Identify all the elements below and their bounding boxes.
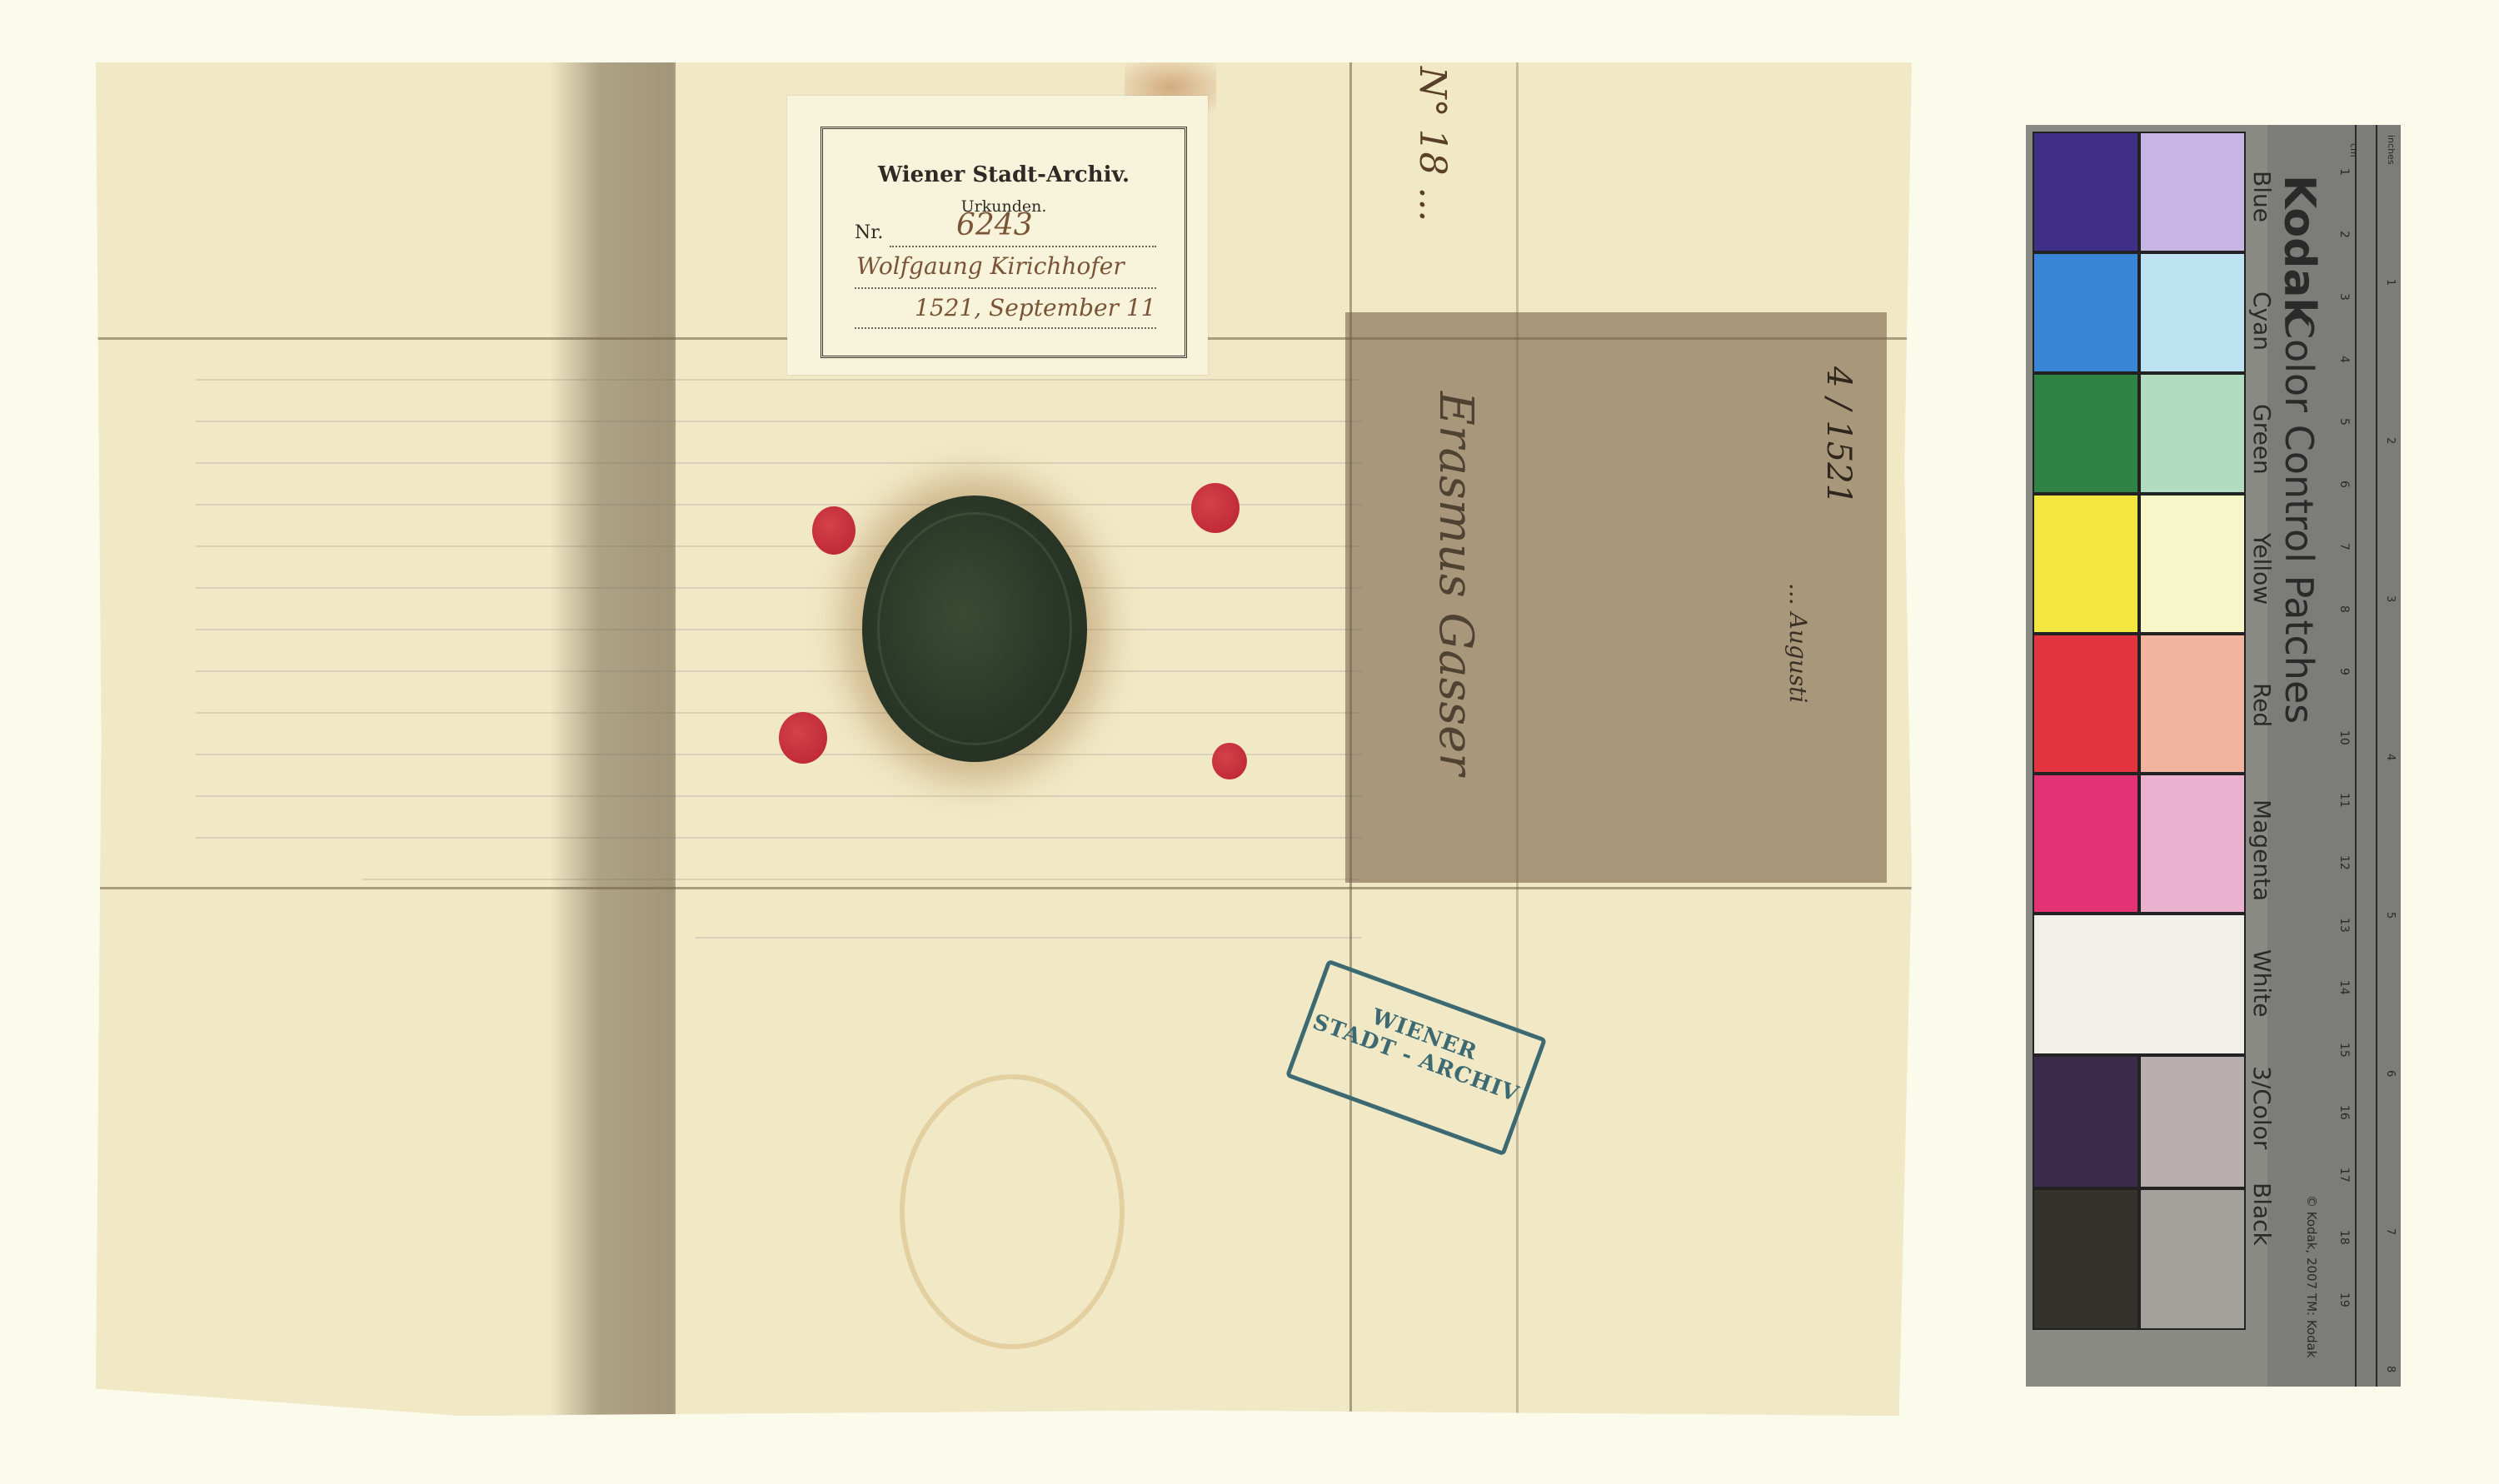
label-number-prefix: Nr.: [855, 222, 883, 243]
red-wax-dot: [779, 712, 827, 764]
patch-blue-light: [2139, 132, 2246, 252]
patch-red-light: [2139, 634, 2246, 774]
patch-black-dark: [2033, 1188, 2139, 1330]
inch-scale: 1 2 3 4 5 6 7 8: [2380, 125, 2401, 1387]
cm-tick: 16: [2337, 1105, 2351, 1120]
cm-tick: 4: [2337, 356, 2351, 363]
cm-tick: 13: [2337, 918, 2351, 933]
patch-magenta-dark: [2033, 774, 2139, 914]
inch-tick: 7: [2384, 1228, 2397, 1235]
patch-yellow-dark: [2033, 494, 2139, 634]
patch-label-white: White: [2248, 949, 2276, 1017]
cm-tick: 7: [2337, 543, 2351, 550]
cm-tick: 9: [2337, 668, 2351, 675]
kodak-copyright: © Kodak, 2007 TM: Kodak: [2304, 1195, 2319, 1358]
ring-stain: [900, 1074, 1125, 1349]
panel-date-note: ... Augusti: [1784, 583, 1812, 703]
red-wax-dot: [1191, 483, 1240, 533]
cm-tick: 10: [2337, 730, 2351, 745]
cm-tick: 18: [2337, 1230, 2351, 1245]
cm-tick: 19: [2337, 1292, 2351, 1307]
patch-yellow-light: [2139, 494, 2246, 634]
label-title: Wiener Stadt-Archiv.: [823, 162, 1185, 187]
patch-label-red: Red: [2248, 683, 2276, 727]
patch-green-dark: [2033, 373, 2139, 494]
cm-tick: 6: [2337, 481, 2351, 488]
cm-tick: 14: [2337, 980, 2351, 995]
label-frame: Wiener Stadt-Archiv. Urkunden. Nr. 6243 …: [821, 127, 1187, 358]
kodak-color-control-strip: Blue Cyan Green Yellow Red Magenta White…: [2026, 125, 2401, 1387]
dotted-line: [855, 327, 1156, 329]
dotted-line: [890, 246, 1156, 247]
cm-scale: 1 2 3 4 5 6 7 8 9 10 11 12 13 14 15 16 1…: [2336, 125, 2369, 1387]
cm-tick: 17: [2337, 1168, 2351, 1183]
panel-date: 4 / 1521: [1819, 366, 1858, 505]
cm-tick: 2: [2337, 231, 2351, 238]
inch-tick: 5: [2384, 912, 2397, 919]
patch-label-green: Green: [2248, 404, 2276, 475]
inch-tick: 2: [2384, 437, 2397, 444]
archive-label: Wiener Stadt-Archiv. Urkunden. Nr. 6243 …: [787, 96, 1208, 375]
red-wax-dot: [1212, 743, 1247, 779]
fold-line: [96, 887, 1912, 889]
inch-tick: 8: [2384, 1366, 2397, 1372]
patch-label-yellow: Yellow: [2248, 533, 2276, 605]
label-date: 1521, September 11: [915, 294, 1156, 321]
cm-tick: 1: [2337, 168, 2351, 176]
wax-seal: [862, 495, 1087, 762]
inch-tick: 4: [2384, 754, 2397, 760]
cm-tick: 12: [2337, 855, 2351, 870]
cm-tick: 3: [2337, 293, 2351, 301]
cm-tick: 8: [2337, 605, 2351, 613]
cm-tick: 15: [2337, 1043, 2351, 1058]
patch-label-cyan: Cyan: [2248, 291, 2276, 351]
cm-tick: 5: [2337, 418, 2351, 426]
inch-tick: 1: [2384, 279, 2397, 286]
patch-label-magenta: Magenta: [2248, 799, 2276, 901]
patch-magenta-light: [2139, 774, 2246, 914]
show-through-text: [196, 362, 1362, 879]
patch-label-3color: 3/Color: [2248, 1066, 2276, 1149]
label-number: 6243: [956, 208, 1033, 242]
dotted-line: [855, 287, 1156, 289]
patch-blue-dark: [2033, 132, 2139, 252]
patch-label-blue: Blue: [2248, 171, 2276, 222]
seal-rim: [877, 512, 1072, 745]
patch-red-dark: [2033, 634, 2139, 774]
inch-tick: 6: [2384, 1070, 2397, 1077]
patch-green-light: [2139, 373, 2246, 494]
inch-tick: 3: [2384, 595, 2397, 602]
ruler-edge-in: [2376, 125, 2377, 1387]
label-name: Wolfgaung Kirichhofer: [856, 252, 1125, 280]
red-wax-dot: [812, 506, 855, 555]
patch-cyan-dark: [2033, 252, 2139, 373]
kodak-brand: Kodak: [2274, 175, 2324, 326]
patch-cyan-light: [2139, 252, 2246, 373]
patch-label-black: Black: [2248, 1183, 2276, 1246]
fold-line: [1516, 62, 1519, 1416]
patch-white: [2033, 914, 2246, 1055]
patch-3color-light: [2139, 1055, 2246, 1188]
cm-tick: 11: [2337, 793, 2351, 808]
patch-black-light: [2139, 1188, 2246, 1330]
address-heading: Erasmus Gasser: [1429, 391, 1483, 775]
shelfmark-annotation: N° 18 ...: [1411, 67, 1454, 222]
patch-3color-dark: [2033, 1055, 2139, 1188]
kodak-title: Color Control Patches: [2277, 312, 2322, 724]
